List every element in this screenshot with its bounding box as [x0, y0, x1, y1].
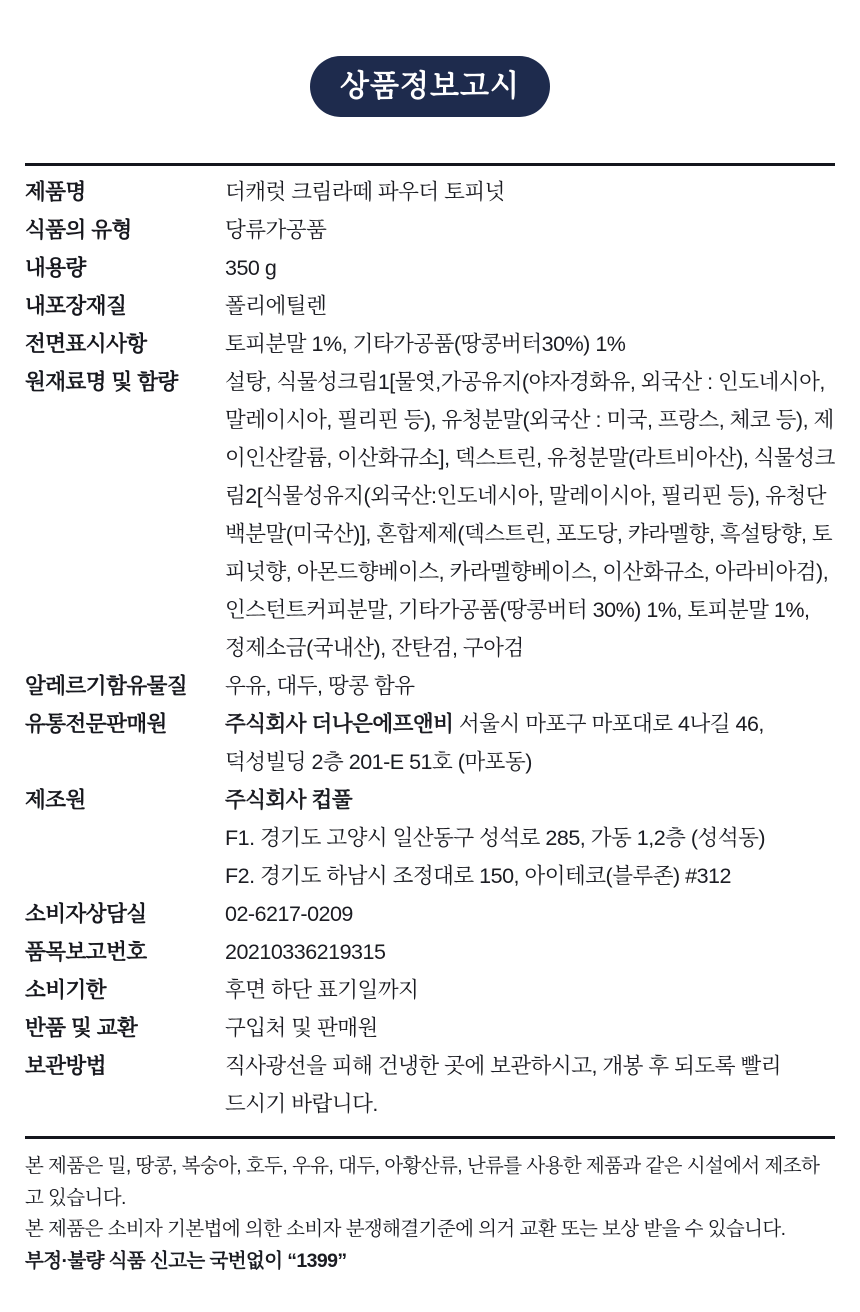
row-value: 구입처 및 판매원 [225, 1009, 835, 1047]
manufacturer-factory-line: F2. 경기도 하남시 조정대로 150, 아이테코(블루존) #312 [225, 857, 835, 895]
table-row-storage: 보관방법 직사광선을 피해 건냉한 곳에 보관하시고, 개봉 후 되도록 빨리 … [25, 1047, 835, 1123]
row-value: 02-6217-0209 [225, 895, 835, 933]
table-row-allergens: 알레르기함유물질 우유, 대두, 땅콩 함유 [25, 667, 835, 705]
row-label: 식품의 유형 [25, 211, 225, 249]
row-value: 주식회사 더나은에프앤비 서울시 마포구 마포대로 4나길 46, 덕성빌딩 2… [225, 705, 835, 781]
row-value: 주식회사 컵풀 F1. 경기도 고양시 일산동구 성석로 285, 가동 1,2… [225, 781, 835, 895]
page-title: 상품정보고시 [310, 56, 550, 117]
table-row-report-number: 품목보고번호 20210336219315 [25, 933, 835, 971]
row-value: 설탕, 식물성크림1[물엿,가공유지(야자경화유, 외국산 : 인도네시아, 말… [225, 363, 835, 667]
product-info-section: 제품명 더캐럿 크림라떼 파우더 토피넛 식품의 유형 당류가공품 내용량 35… [25, 163, 835, 1277]
row-label: 반품 및 교환 [25, 1009, 225, 1047]
distributor-address1: 서울시 마포구 마포대로 4나길 46, [453, 712, 763, 736]
footer-notice-report-hotline: 부정·불량 식품 신고는 국번없이 “1399” [25, 1246, 835, 1278]
row-label: 소비기한 [25, 971, 225, 1009]
product-info-table: 제품명 더캐럿 크림라떼 파우더 토피넛 식품의 유형 당류가공품 내용량 35… [25, 166, 835, 1123]
row-value: 우유, 대두, 땅콩 함유 [225, 667, 835, 705]
row-label: 보관방법 [25, 1047, 225, 1085]
manufacturer-company: 주식회사 컵풀 [225, 781, 835, 819]
ingredients-line: 백분말(미국산)], 혼합제제(덱스트린, 포도당, 캬라멜향, 흑설탕향, 토 [225, 515, 835, 553]
title-badge-container: 상품정보고시 [0, 0, 860, 117]
row-label: 유통전문판매원 [25, 705, 225, 743]
table-row-net-weight: 내용량 350 g [25, 249, 835, 287]
storage-line: 직사광선을 피해 건냉한 곳에 보관하시고, 개봉 후 되도록 빨리 [225, 1047, 835, 1085]
manufacturer-factory-line: F1. 경기도 고양시 일산동구 성석로 285, 가동 1,2층 (성석동) [225, 819, 835, 857]
row-value: 350 g [225, 249, 835, 287]
table-row-manufacturer: 제조원 주식회사 컵풀 F1. 경기도 고양시 일산동구 성석로 285, 가동… [25, 781, 835, 895]
ingredients-line: 설탕, 식물성크림1[물엿,가공유지(야자경화유, 외국산 : 인도네시아, [225, 363, 835, 401]
row-label: 소비자상담실 [25, 895, 225, 933]
footer-notices: 본 제품은 밀, 땅콩, 복숭아, 호두, 우유, 대두, 아황산류, 난류를 … [25, 1139, 835, 1277]
row-value: 토피분말 1%, 기타가공품(땅콩버터30%) 1% [225, 325, 835, 363]
footer-notice-facility: 본 제품은 밀, 땅콩, 복숭아, 호두, 우유, 대두, 아황산류, 난류를 … [25, 1151, 835, 1214]
table-row-inner-packaging: 내포장재질 폴리에틸렌 [25, 287, 835, 325]
row-label: 품목보고번호 [25, 933, 225, 971]
row-value: 당류가공품 [225, 211, 835, 249]
row-label: 알레르기함유물질 [25, 667, 225, 705]
footer-notice-compensation: 본 제품은 소비자 기본법에 의한 소비자 분쟁해결기준에 의거 교환 또는 보… [25, 1214, 835, 1246]
table-row-customer-service: 소비자상담실 02-6217-0209 [25, 895, 835, 933]
row-label: 제품명 [25, 173, 225, 211]
distributor-address-line: 덕성빌딩 2층 201-E 51호 (마포동) [225, 743, 835, 781]
row-label: 제조원 [25, 781, 225, 819]
row-label: 전면표시사항 [25, 325, 225, 363]
ingredients-line: 말레이시아, 필리핀 등), 유청분말(외국산 : 미국, 프랑스, 체코 등)… [225, 401, 835, 439]
row-value: 직사광선을 피해 건냉한 곳에 보관하시고, 개봉 후 되도록 빨리 드시기 바… [225, 1047, 835, 1123]
row-label: 원재료명 및 함량 [25, 363, 225, 401]
storage-line: 드시기 바랍니다. [225, 1085, 835, 1123]
table-row-front-labeling: 전면표시사항 토피분말 1%, 기타가공품(땅콩버터30%) 1% [25, 325, 835, 363]
row-value: 후면 하단 표기일까지 [225, 971, 835, 1009]
ingredients-line: 피넛향, 아몬드향베이스, 카라멜향베이스, 이산화규소, 아라비아검), [225, 553, 835, 591]
row-value: 폴리에틸렌 [225, 287, 835, 325]
table-row-food-type: 식품의 유형 당류가공품 [25, 211, 835, 249]
distributor-company: 주식회사 더나은에프앤비 [225, 712, 453, 736]
row-label: 내포장재질 [25, 287, 225, 325]
table-row-returns: 반품 및 교환 구입처 및 판매원 [25, 1009, 835, 1047]
ingredients-line: 이인산칼륨, 이산화규소], 덱스트린, 유청분말(라트비아산), 식물성크 [225, 439, 835, 477]
table-row-shelf-life: 소비기한 후면 하단 표기일까지 [25, 971, 835, 1009]
ingredients-line: 인스턴트커피분말, 기타가공품(땅콩버터 30%) 1%, 토피분말 1%, [225, 591, 835, 629]
row-value: 더캐럿 크림라떼 파우더 토피넛 [225, 173, 835, 211]
table-row-distributor: 유통전문판매원 주식회사 더나은에프앤비 서울시 마포구 마포대로 4나길 46… [25, 705, 835, 781]
distributor-address-line: 주식회사 더나은에프앤비 서울시 마포구 마포대로 4나길 46, [225, 705, 835, 743]
ingredients-line: 림2[식물성유지(외국산:인도네시아, 말레이시아, 필리핀 등), 유청단 [225, 477, 835, 515]
table-row-ingredients: 원재료명 및 함량 설탕, 식물성크림1[물엿,가공유지(야자경화유, 외국산 … [25, 363, 835, 667]
row-label: 내용량 [25, 249, 225, 287]
row-value: 20210336219315 [225, 933, 835, 971]
table-row-product-name: 제품명 더캐럿 크림라떼 파우더 토피넛 [25, 173, 835, 211]
ingredients-line: 정제소금(국내산), 잔탄검, 구아검 [225, 629, 835, 667]
